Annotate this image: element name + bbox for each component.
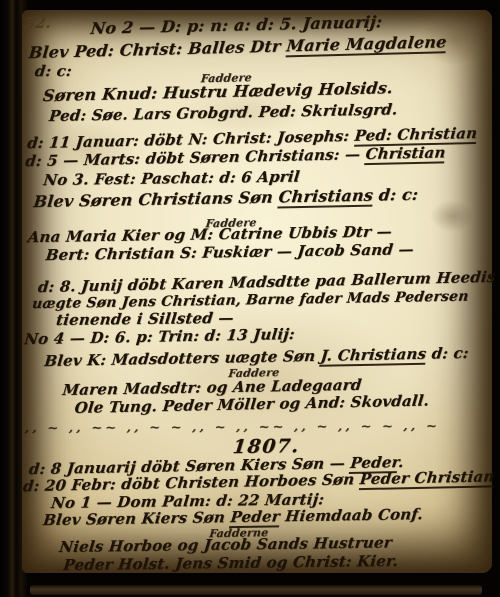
line-text: Blev Søren Kiers Søn bbox=[42, 508, 231, 529]
register-line: tienende i Sillsted — bbox=[55, 311, 234, 328]
underlined-name: Marie Magdalene bbox=[285, 32, 447, 57]
scanned-register-page: 52. No 2 — D: p: n: a: d: 5. Januarij: B… bbox=[0, 0, 500, 597]
register-line: No 2 — D: p: n: a: d: 5. Januarij: bbox=[90, 14, 383, 37]
register-line: No 4 — D: 6. p: Trin: d: 13 Julij: bbox=[23, 327, 295, 347]
page-number: 52. bbox=[24, 16, 52, 32]
underlined-name: Peder Christian bbox=[359, 467, 496, 490]
line-text: Blev Søren Christians Søn bbox=[33, 187, 280, 211]
line-text: No 3. Fest: Paschat: d: 6 April bbox=[42, 167, 300, 189]
underlined-name: J. Christians bbox=[320, 345, 428, 367]
line-text: d: c: bbox=[34, 62, 73, 80]
register-line: Peder Holst. Jens Smid og Christ: Kier. bbox=[63, 554, 399, 573]
line-text: No 4 — D: 6. p: Trin: d: 13 Julij: bbox=[23, 325, 295, 348]
register-line: Ped: Søe. Lars Grobgrd. Ped: Skriulsgrd. bbox=[48, 102, 398, 124]
line-text: d: c: bbox=[372, 185, 419, 205]
line-text: d: c: bbox=[425, 344, 469, 363]
divider-marks: ‚‚ ~ ‚‚ ~~ ‚‚ ~ ~ ‚‚ ~ ‚‚ ~~ ‚‚ ~ ‚‚ ~ ~… bbox=[24, 420, 440, 436]
underlined-name: Peder bbox=[229, 507, 280, 528]
register-line: Bert: Christian S: Fuskiær — Jacob Sand … bbox=[45, 242, 415, 263]
year-heading: 1807. bbox=[232, 437, 301, 457]
underlined-name: Christians bbox=[278, 186, 375, 209]
line-text: Hiemdaab Conf. bbox=[279, 505, 424, 525]
register-line: Blev Ped: Christ: Balles Dtr Marie Magda… bbox=[28, 34, 447, 61]
flourish-divider: ‚‚ ~ ‚‚ ~~ ‚‚ ~ ~ ‚‚ ~ ‚‚ ~~ ‚‚ ~ ‚‚ ~ ~… bbox=[24, 421, 440, 435]
line-text: Blev Ped: Christ: Balles Dtr bbox=[28, 36, 287, 62]
underlined-name: Christian bbox=[365, 143, 447, 165]
handwriting-layer: 52. No 2 — D: p: n: a: d: 5. Januarij: B… bbox=[0, 0, 500, 597]
register-line: d: c: bbox=[34, 64, 73, 79]
register-line: No 3. Fest: Paschat: d: 6 April bbox=[43, 169, 301, 188]
line-text: Peder Holst. Jens Smid og Christ: Kier. bbox=[62, 552, 399, 574]
register-line: Blev Søren Kiers Søn Peder Hiemdaab Conf… bbox=[42, 507, 423, 528]
line-text: Ped: Søe. Lars Grobgrd. Ped: Skriulsgrd. bbox=[48, 100, 398, 125]
register-line: Blev Søren Christians Søn Christians d: … bbox=[33, 187, 419, 210]
register-line: Ole Tung. Peder Möller og And: Skovdall. bbox=[74, 393, 430, 415]
